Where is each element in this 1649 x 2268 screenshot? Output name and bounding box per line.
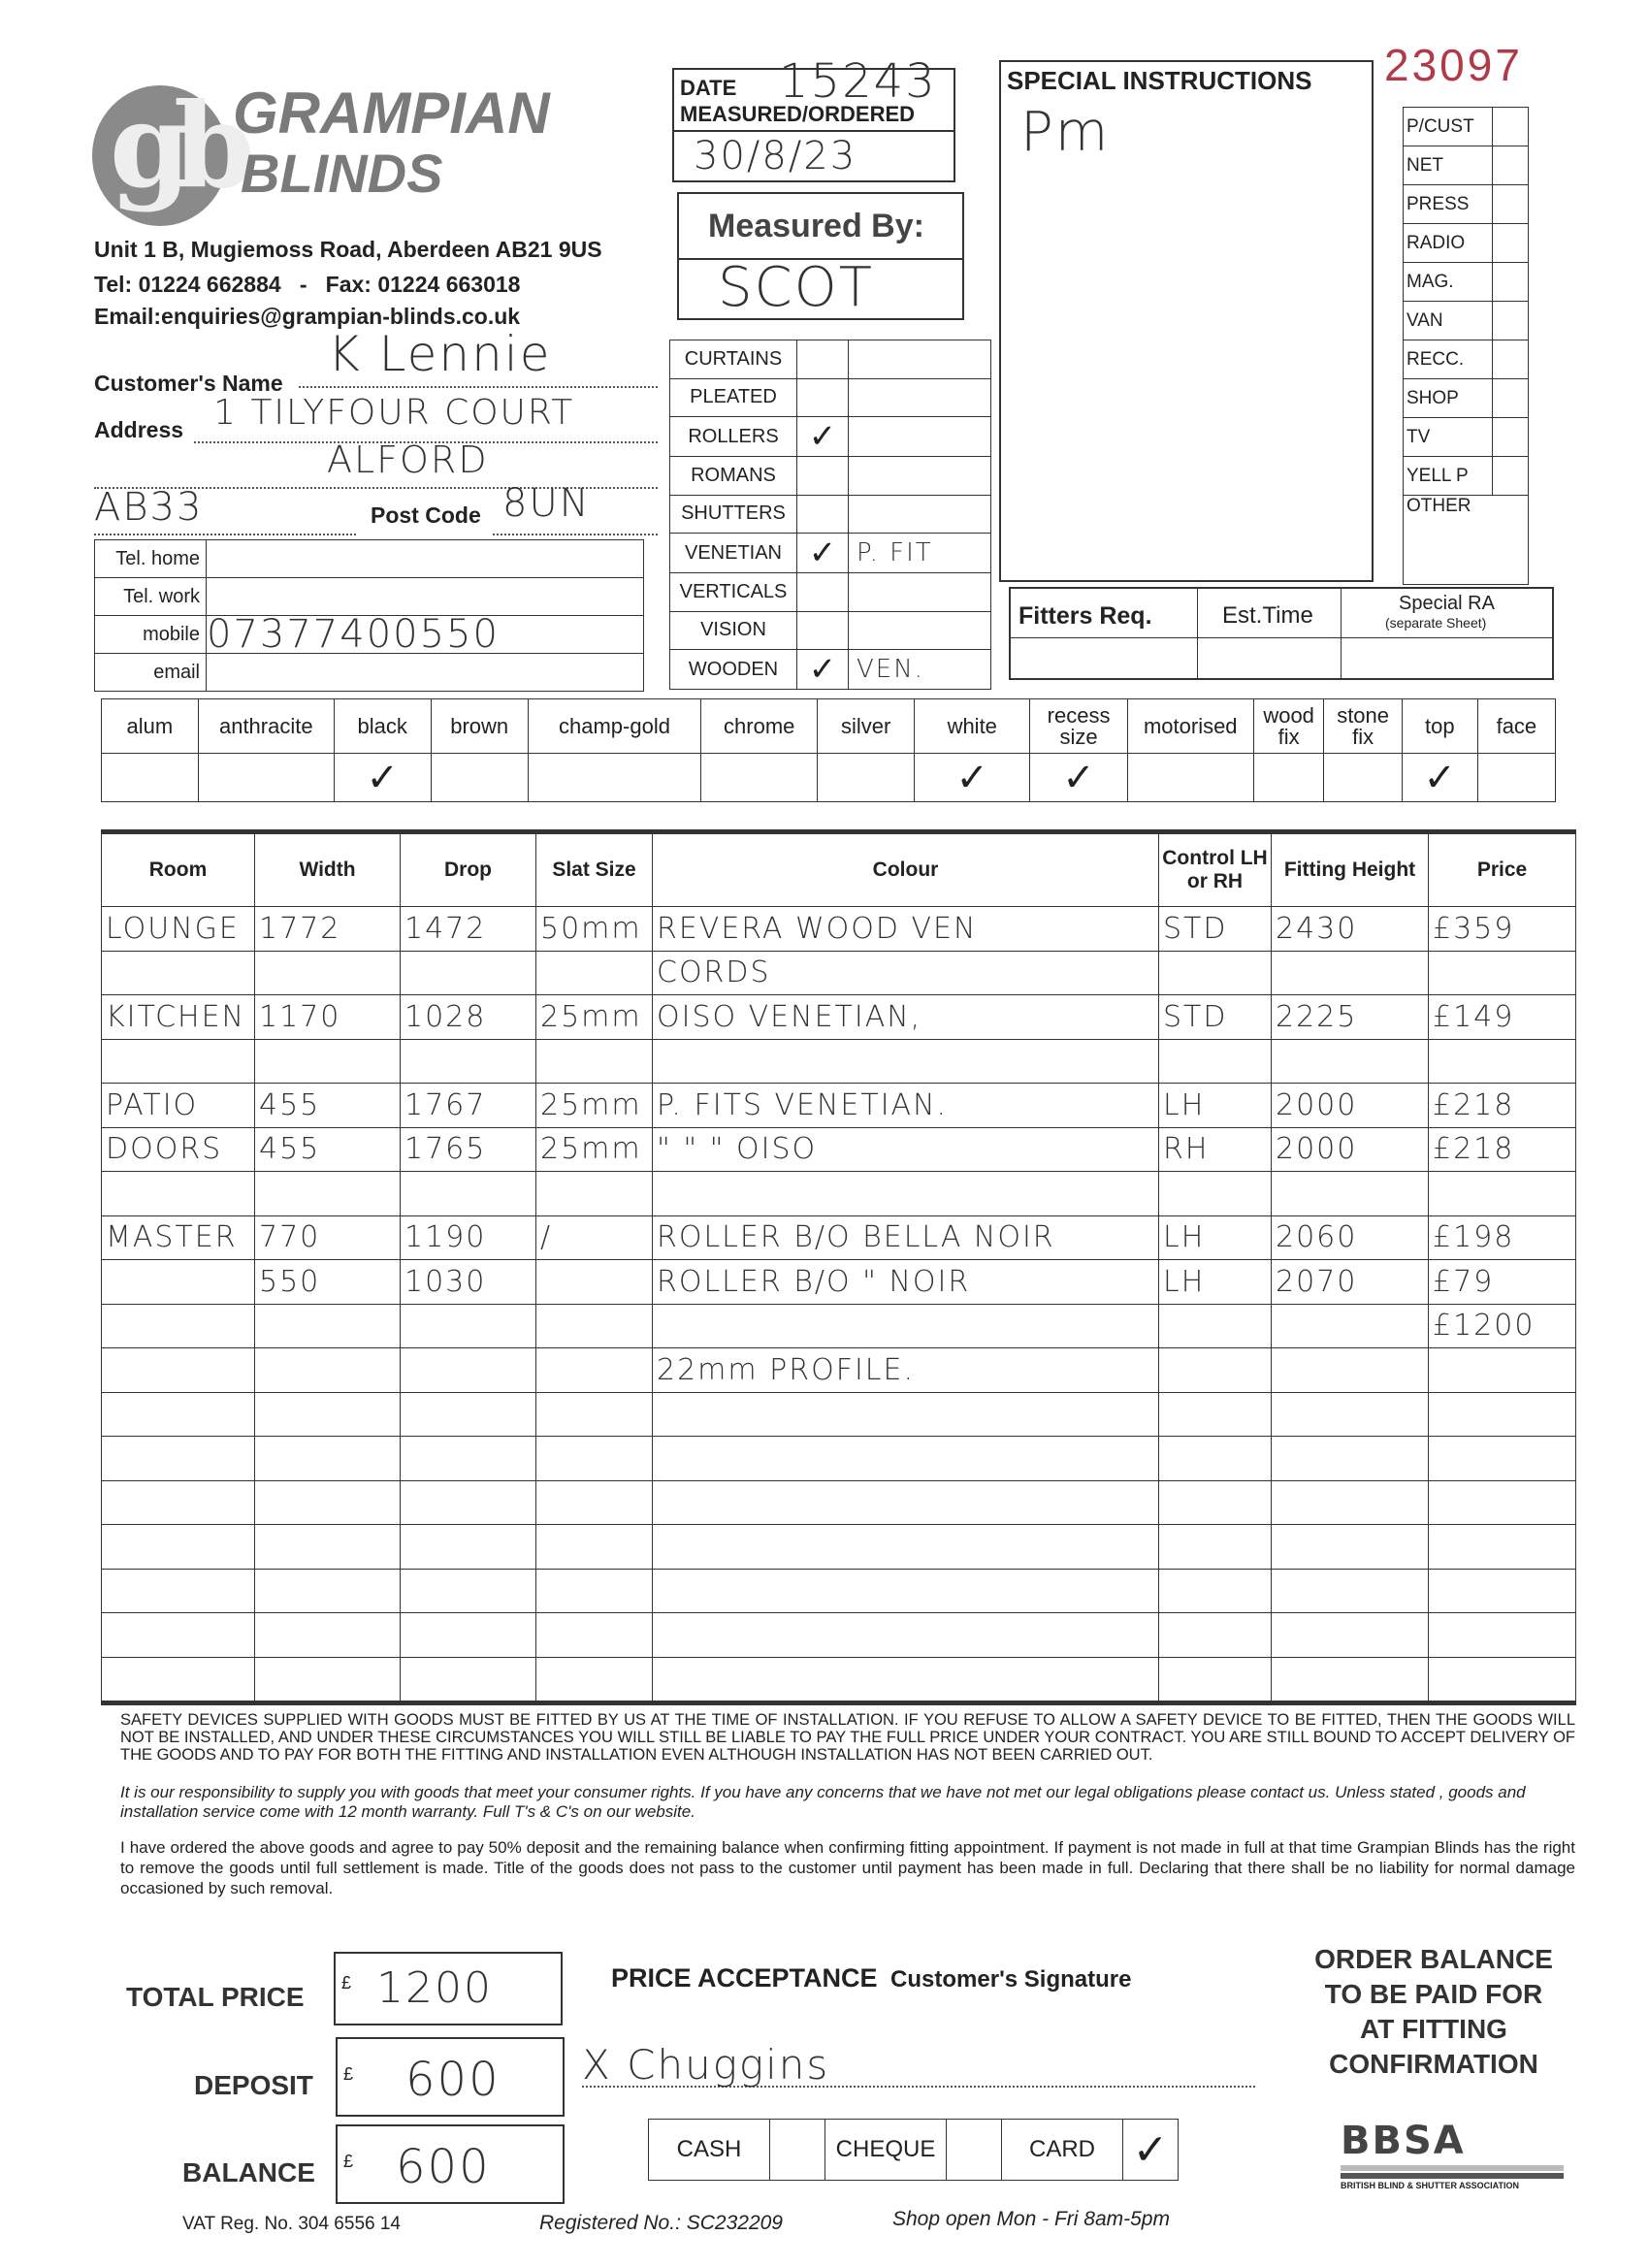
source-label: SHOP (1404, 379, 1493, 418)
order-cell-width[interactable] (255, 1172, 401, 1216)
source-checkbox[interactable] (1493, 146, 1529, 185)
order-cell-slat[interactable] (536, 1437, 653, 1481)
order-cell-width[interactable] (255, 1613, 401, 1658)
product-type-row: VENETIAN✓P. FIT (670, 534, 991, 573)
company-phone-fax: Tel: 01224 662884 - Fax: 01224 663018 (94, 272, 520, 298)
order-cell-colour[interactable] (653, 1039, 1159, 1084)
option-checkbox[interactable] (198, 754, 334, 802)
order-cell-price[interactable]: £218 (1429, 1127, 1576, 1172)
product-type-row: CURTAINS (670, 340, 991, 379)
source-checkbox[interactable] (1493, 224, 1529, 263)
notice-line: AT FITTING (1288, 2012, 1579, 2047)
option-checkbox[interactable]: ✓ (1030, 754, 1127, 802)
table-row: 22mm PROFILE. (102, 1348, 1576, 1393)
balance-field[interactable]: £ 600 (336, 2124, 565, 2204)
order-cell-height[interactable]: 2060 (1272, 1215, 1429, 1260)
registered-no: Registered No.: SC232209 (539, 2212, 783, 2235)
source-label: OTHER (1404, 496, 1529, 585)
order-cell-width[interactable] (255, 1569, 401, 1613)
option-label: chrome (701, 699, 818, 754)
source-checkbox[interactable] (1493, 302, 1529, 340)
deposit-value: 600 (405, 2053, 501, 2107)
order-cell-width[interactable]: 1772 (255, 907, 401, 952)
option-checkbox[interactable] (818, 754, 915, 802)
order-cell-colour[interactable]: OISO VENETIAN, (653, 995, 1159, 1040)
order-cell-price[interactable] (1429, 1392, 1576, 1437)
order-cell-control[interactable] (1159, 1172, 1272, 1216)
notice-line: ORDER BALANCE (1288, 1942, 1579, 1977)
source-row: NET (1404, 146, 1529, 185)
contact-row: Tel. work (95, 578, 644, 616)
payment-method-checkbox[interactable]: ✓ (1123, 2120, 1179, 2181)
product-type-label: ROLLERS (670, 417, 797, 457)
order-cell-colour[interactable]: P. FITS VENETIAN. (653, 1084, 1159, 1128)
product-type-label: ROMANS (670, 457, 797, 496)
measured-by-value[interactable]: SCOT (718, 256, 874, 319)
option-checkbox[interactable] (701, 754, 818, 802)
source-checkbox[interactable] (1493, 340, 1529, 379)
order-balance-notice: ORDER BALANCETO BE PAID FORAT FITTINGCON… (1288, 1942, 1579, 2082)
source-list: P/CUSTNETPRESSRADIOMAG.VANRECC.SHOPTVYEL… (1403, 107, 1529, 585)
postcode-label: Post Code (371, 502, 481, 529)
product-type-row: ROLLERS✓ (670, 417, 991, 457)
source-checkbox[interactable] (1493, 185, 1529, 224)
product-type-checkbox[interactable] (797, 457, 849, 496)
order-cell-control[interactable]: LH (1159, 1084, 1272, 1128)
special-instructions-box[interactable]: SPECIAL INSTRUCTIONS Pm (999, 60, 1374, 582)
order-cell-drop[interactable] (401, 951, 536, 995)
order-cell-drop[interactable]: 1472 (401, 907, 536, 952)
order-cell-colour[interactable] (653, 1613, 1159, 1658)
order-cell-price[interactable]: £149 (1429, 995, 1576, 1040)
option-label: recess size (1030, 699, 1127, 754)
price-acceptance: PRICE ACCEPTANCE Customer's Signature (611, 1963, 1131, 1993)
order-cell-colour[interactable]: CORDS (653, 951, 1159, 995)
order-cell-drop[interactable]: 1190 (401, 1215, 536, 1260)
table-row: CORDS (102, 951, 1576, 995)
order-cell-width[interactable] (255, 1039, 401, 1084)
option-checkbox[interactable] (1324, 754, 1402, 802)
order-cell-colour[interactable] (653, 1569, 1159, 1613)
order-cell-height[interactable]: 2225 (1272, 995, 1429, 1040)
order-cell-control[interactable] (1159, 1525, 1272, 1570)
order-cell-control[interactable]: LH (1159, 1260, 1272, 1305)
order-cell-control[interactable]: STD (1159, 995, 1272, 1040)
customer-signature-label: Customer's Signature (890, 1966, 1131, 1993)
signature-field[interactable]: X Chuggins (582, 2041, 1255, 2088)
special-ra-input[interactable] (1342, 639, 1552, 680)
contacts-table: Tel. homeTel. workmobile07377400550email (94, 539, 644, 692)
option-checkbox[interactable] (431, 754, 528, 802)
product-type-checkbox[interactable] (797, 573, 849, 612)
order-cell-drop[interactable] (401, 1480, 536, 1525)
option-checkbox[interactable]: ✓ (915, 754, 1030, 802)
deposit-field[interactable]: £ 600 (336, 2037, 565, 2117)
order-cell-drop[interactable] (401, 1348, 536, 1393)
order-cell-room[interactable]: MASTER (102, 1215, 255, 1260)
contact-value[interactable]: 07377400550 (207, 616, 644, 654)
order-cell-colour[interactable] (653, 1437, 1159, 1481)
order-cell-control[interactable] (1159, 1437, 1272, 1481)
price-acceptance-label: PRICE ACCEPTANCE (611, 1963, 878, 1993)
product-type-note[interactable] (849, 611, 991, 650)
order-cell-price[interactable] (1429, 1480, 1576, 1525)
order-cell-control[interactable] (1159, 1569, 1272, 1613)
order-cell-control[interactable] (1159, 1392, 1272, 1437)
source-label: TV (1404, 418, 1493, 457)
order-cell-slat[interactable]: 25mm (536, 1127, 653, 1172)
order-cell-colour[interactable]: REVERA WOOD VEN (653, 907, 1159, 952)
order-cell-price[interactable] (1429, 1348, 1576, 1393)
special-ra-label: Special RA (1399, 593, 1495, 615)
customer-name-field[interactable]: K Lennie (299, 326, 658, 388)
order-cell-slat[interactable] (536, 1657, 653, 1701)
order-cell-drop[interactable] (401, 1613, 536, 1658)
option-checkbox[interactable]: ✓ (334, 754, 431, 802)
order-cell-width[interactable]: 455 (255, 1084, 401, 1128)
table-row: PATIO455176725mmP. FITS VENETIAN.LH2000£… (102, 1084, 1576, 1128)
bbsa-logo: BBSA BRITISH BLIND & SHUTTER ASSOCIATION (1341, 2119, 1564, 2190)
source-checkbox[interactable] (1493, 263, 1529, 302)
order-cell-price[interactable] (1429, 1525, 1576, 1570)
order-cell-colour[interactable] (653, 1480, 1159, 1525)
postcode-field[interactable]: 8UN (493, 481, 658, 535)
source-row: RADIO (1404, 224, 1529, 263)
table-row (102, 1437, 1576, 1481)
deposit-label: DEPOSIT (194, 2070, 313, 2101)
order-cell-control[interactable] (1159, 1039, 1272, 1084)
order-cell-drop[interactable] (401, 1569, 536, 1613)
option-label: alum (102, 699, 199, 754)
order-cell-width[interactable] (255, 951, 401, 995)
form-number: 23097 (1384, 39, 1523, 91)
date-value[interactable]: 30/8/23 (694, 134, 857, 178)
order-cell-control[interactable]: STD (1159, 907, 1272, 952)
order-cell-width[interactable] (255, 1348, 401, 1393)
option-checkbox[interactable]: ✓ (1402, 754, 1477, 802)
order-cell-room[interactable]: DOORS (102, 1127, 255, 1172)
source-label: RADIO (1404, 224, 1493, 263)
order-cell-slat[interactable] (536, 951, 653, 995)
company-address: Unit 1 B, Mugiemoss Road, Aberdeen AB21 … (94, 237, 602, 263)
order-column-header: Slat Size (536, 834, 653, 907)
notice-line: CONFIRMATION (1288, 2047, 1579, 2082)
fitters-box: Fitters Req. Est.Time Special RA (separa… (1009, 587, 1554, 680)
source-checkbox[interactable] (1493, 457, 1529, 496)
est-time-input[interactable] (1199, 639, 1339, 680)
order-cell-room[interactable]: LOUNGE (102, 907, 255, 952)
order-cell-height[interactable] (1272, 1392, 1429, 1437)
order-cell-colour[interactable]: ROLLER B/O " NOIR (653, 1260, 1159, 1305)
order-cell-width[interactable] (255, 1437, 401, 1481)
postcode-prefix-field[interactable]: AB33 (94, 485, 356, 535)
balance-currency: £ (343, 2152, 353, 2172)
company-name-line1: GRAMPIAN (233, 80, 550, 146)
order-cell-height[interactable] (1272, 1172, 1429, 1216)
order-cell-drop[interactable] (401, 1172, 536, 1216)
product-type-label: CURTAINS (670, 340, 797, 379)
order-cell-price[interactable] (1429, 1172, 1576, 1216)
order-cell-room[interactable] (102, 1569, 255, 1613)
product-type-label: SHUTTERS (670, 495, 797, 534)
product-type-note[interactable] (849, 417, 991, 457)
order-cell-width[interactable] (255, 1392, 401, 1437)
order-cell-colour[interactable]: ROLLER B/O BELLA NOIR (653, 1215, 1159, 1260)
order-column-header: Room (102, 834, 255, 907)
product-type-label: VISION (670, 611, 797, 650)
table-row: £1200 (102, 1304, 1576, 1348)
order-cell-price[interactable] (1429, 1437, 1576, 1481)
date-label-line1: DATE (680, 76, 736, 101)
contact-label: Tel. work (95, 578, 207, 616)
order-cell-width[interactable] (255, 1657, 401, 1701)
option-checkbox[interactable] (1253, 754, 1324, 802)
order-cell-slat[interactable] (536, 1304, 653, 1348)
order-cell-room[interactable] (102, 1260, 255, 1305)
order-cell-slat[interactable] (536, 1392, 653, 1437)
source-label: NET (1404, 146, 1493, 185)
payment-method-checkbox[interactable] (947, 2120, 1002, 2181)
product-type-checkbox[interactable] (797, 340, 849, 379)
logo-letters: gb (110, 78, 238, 214)
payment-method-label: CHEQUE (825, 2120, 947, 2181)
product-type-checkbox[interactable] (797, 611, 849, 650)
order-cell-width[interactable]: 550 (255, 1260, 401, 1305)
contact-row: mobile07377400550 (95, 616, 644, 654)
payment-method-label: CARD (1002, 2120, 1123, 2181)
source-checkbox[interactable] (1493, 108, 1529, 146)
product-type-note[interactable] (849, 378, 991, 417)
address-line1-field[interactable]: 1 TILYFOUR COURT (194, 393, 658, 443)
product-type-checkbox[interactable] (797, 495, 849, 534)
order-cell-room[interactable]: PATIO (102, 1084, 255, 1128)
order-cell-colour[interactable] (653, 1392, 1159, 1437)
product-type-label: WOODEN (670, 650, 797, 690)
special-ra-sub: (separate Sheet) (1385, 615, 1486, 631)
order-cell-height[interactable] (1272, 1525, 1429, 1570)
measured-by-box: Measured By: SCOT (677, 192, 964, 320)
product-type-row: SHUTTERS (670, 495, 991, 534)
order-cell-drop[interactable] (401, 1437, 536, 1481)
product-type-checkbox[interactable]: ✓ (797, 650, 849, 690)
order-cell-control[interactable] (1159, 1304, 1272, 1348)
option-checkbox[interactable] (528, 754, 701, 802)
order-cell-room[interactable] (102, 1039, 255, 1084)
contact-label: mobile (95, 616, 207, 654)
order-cell-drop[interactable]: 1765 (401, 1127, 536, 1172)
order-cell-colour[interactable] (653, 1304, 1159, 1348)
bbsa-mark: BBSA (1341, 2119, 1564, 2163)
order-cell-room[interactable] (102, 1437, 255, 1481)
order-cell-colour[interactable]: 22mm PROFILE. (653, 1348, 1159, 1393)
contact-value[interactable] (207, 578, 644, 616)
order-cell-width[interactable]: 770 (255, 1215, 401, 1260)
order-cell-height[interactable] (1272, 1348, 1429, 1393)
order-cell-slat[interactable] (536, 1569, 653, 1613)
option-label: motorised (1127, 699, 1253, 754)
source-label: P/CUST (1404, 108, 1493, 146)
order-cell-price[interactable]: £79 (1429, 1260, 1576, 1305)
order-cell-height[interactable] (1272, 1039, 1429, 1084)
order-cell-width[interactable] (255, 1480, 401, 1525)
product-type-note[interactable] (849, 457, 991, 496)
total-price-value: 1200 (376, 1963, 493, 2013)
order-column-header: Colour (653, 834, 1159, 907)
order-cell-height[interactable]: 2430 (1272, 907, 1429, 952)
order-cell-width[interactable] (255, 1304, 401, 1348)
order-cell-drop[interactable] (401, 1039, 536, 1084)
order-cell-slat[interactable]: 25mm (536, 1084, 653, 1128)
fitters-input[interactable] (1011, 639, 1195, 680)
balance-label: BALANCE (182, 2157, 315, 2188)
source-row: MAG. (1404, 263, 1529, 302)
notice-line: TO BE PAID FOR (1288, 1977, 1579, 2012)
order-cell-slat[interactable] (536, 1172, 653, 1216)
source-row: VAN (1404, 302, 1529, 340)
order-cell-height[interactable] (1272, 1657, 1429, 1701)
source-label: MAG. (1404, 263, 1493, 302)
order-cell-room[interactable] (102, 1348, 255, 1393)
order-cell-room[interactable] (102, 1480, 255, 1525)
order-cell-slat[interactable]: 25mm (536, 995, 653, 1040)
source-checkbox[interactable] (1493, 379, 1529, 418)
order-cell-price[interactable] (1429, 1657, 1576, 1701)
order-cell-height[interactable]: 2000 (1272, 1127, 1429, 1172)
source-checkbox[interactable] (1493, 418, 1529, 457)
order-cell-price[interactable]: £1200 (1429, 1304, 1576, 1348)
order-cell-control[interactable] (1159, 1613, 1272, 1658)
contact-value[interactable] (207, 654, 644, 692)
product-type-note[interactable] (849, 573, 991, 612)
option-checkbox[interactable] (1127, 754, 1253, 802)
contact-row: email (95, 654, 644, 692)
product-type-label: VERTICALS (670, 573, 797, 612)
product-type-row: VERTICALS (670, 573, 991, 612)
payment-method-checkbox[interactable] (770, 2120, 825, 2181)
order-cell-width[interactable]: 455 (255, 1127, 401, 1172)
order-cell-slat[interactable] (536, 1348, 653, 1393)
table-row (102, 1172, 1576, 1216)
order-cell-drop[interactable]: 1030 (401, 1260, 536, 1305)
product-type-checkbox[interactable]: ✓ (797, 534, 849, 573)
option-checkbox[interactable] (1477, 754, 1555, 802)
order-cell-price[interactable] (1429, 951, 1576, 995)
customer-name-value: K Lennie (328, 326, 551, 382)
table-row (102, 1657, 1576, 1701)
product-type-checkbox[interactable]: ✓ (797, 417, 849, 457)
order-cell-control[interactable]: RH (1159, 1127, 1272, 1172)
order-cell-height[interactable]: 2070 (1272, 1260, 1429, 1305)
order-cell-drop[interactable] (401, 1392, 536, 1437)
order-cell-room[interactable] (102, 1172, 255, 1216)
contact-value[interactable] (207, 540, 644, 578)
table-row (102, 1039, 1576, 1084)
source-row: PRESS (1404, 185, 1529, 224)
order-cell-slat[interactable]: 50mm (536, 907, 653, 952)
option-label: stone fix (1324, 699, 1402, 754)
date-box: DATE MEASURED/ORDERED 15243 30/8/23 (672, 68, 955, 182)
order-cell-room[interactable] (102, 951, 255, 995)
order-cell-price[interactable]: £198 (1429, 1215, 1576, 1260)
order-cell-drop[interactable] (401, 1657, 536, 1701)
product-type-note[interactable] (849, 340, 991, 379)
order-cell-colour[interactable]: " " " OISO (653, 1127, 1159, 1172)
order-cell-drop[interactable] (401, 1304, 536, 1348)
order-cell-colour[interactable] (653, 1657, 1159, 1701)
order-cell-control[interactable] (1159, 951, 1272, 995)
order-cell-colour[interactable] (653, 1172, 1159, 1216)
table-row: 5501030ROLLER B/O " NOIRLH2070£79 (102, 1260, 1576, 1305)
order-cell-price[interactable]: £218 (1429, 1084, 1576, 1128)
order-cell-slat[interactable] (536, 1260, 653, 1305)
order-cell-colour[interactable] (653, 1525, 1159, 1570)
option-label: anthracite (198, 699, 334, 754)
order-cell-control[interactable]: LH (1159, 1215, 1272, 1260)
option-label: silver (818, 699, 915, 754)
order-cell-room[interactable]: KITCHEN (102, 995, 255, 1040)
order-cell-height[interactable] (1272, 1613, 1429, 1658)
order-cell-room[interactable] (102, 1392, 255, 1437)
product-type-row: ROMANS (670, 457, 991, 496)
order-cell-room[interactable] (102, 1613, 255, 1658)
order-cell-width[interactable]: 1170 (255, 995, 401, 1040)
order-cell-height[interactable]: 2000 (1272, 1084, 1429, 1128)
product-type-note[interactable]: P. FIT (849, 534, 991, 573)
order-cell-height[interactable] (1272, 1437, 1429, 1481)
shop-hours: Shop open Mon - Fri 8am-5pm (892, 2208, 1170, 2231)
product-type-checkbox[interactable] (797, 378, 849, 417)
deposit-currency: £ (343, 2064, 353, 2085)
order-cell-room[interactable] (102, 1525, 255, 1570)
order-cell-room[interactable] (102, 1657, 255, 1701)
order-cell-height[interactable] (1272, 1304, 1429, 1348)
product-type-note[interactable] (849, 495, 991, 534)
order-cell-drop[interactable] (401, 1525, 536, 1570)
order-cell-slat[interactable]: / (536, 1215, 653, 1260)
product-type-row: VISION (670, 611, 991, 650)
order-cell-slat[interactable] (536, 1480, 653, 1525)
order-cell-width[interactable] (255, 1525, 401, 1570)
order-cell-slat[interactable] (536, 1613, 653, 1658)
option-checkbox[interactable] (102, 754, 199, 802)
order-cell-slat[interactable] (536, 1525, 653, 1570)
order-cell-price[interactable] (1429, 1569, 1576, 1613)
order-cell-height[interactable] (1272, 1480, 1429, 1525)
order-cell-drop[interactable]: 1028 (401, 995, 536, 1040)
order-cell-price[interactable]: £359 (1429, 907, 1576, 952)
order-cell-price[interactable] (1429, 1039, 1576, 1084)
product-type-row: PLEATED (670, 378, 991, 417)
source-row: TV (1404, 418, 1529, 457)
order-cell-drop[interactable]: 1767 (401, 1084, 536, 1128)
order-cell-height[interactable] (1272, 951, 1429, 995)
product-type-note[interactable]: VEN. (849, 650, 991, 690)
order-cell-control[interactable] (1159, 1657, 1272, 1701)
contact-label: email (95, 654, 207, 692)
date-handwritten-top: 15243 (779, 54, 937, 109)
order-cell-control[interactable] (1159, 1480, 1272, 1525)
order-cell-price[interactable] (1429, 1613, 1576, 1658)
order-cell-height[interactable] (1272, 1569, 1429, 1613)
order-cell-slat[interactable] (536, 1039, 653, 1084)
fitters-label: Fitters Req. (1018, 602, 1152, 631)
postcode-prefix-value: AB33 (94, 485, 203, 530)
product-type-label: VENETIAN (670, 534, 797, 573)
order-cell-room[interactable] (102, 1304, 255, 1348)
option-label: white (915, 699, 1030, 754)
order-cell-control[interactable] (1159, 1348, 1272, 1393)
total-price-field[interactable]: £ 1200 (334, 1952, 563, 2025)
